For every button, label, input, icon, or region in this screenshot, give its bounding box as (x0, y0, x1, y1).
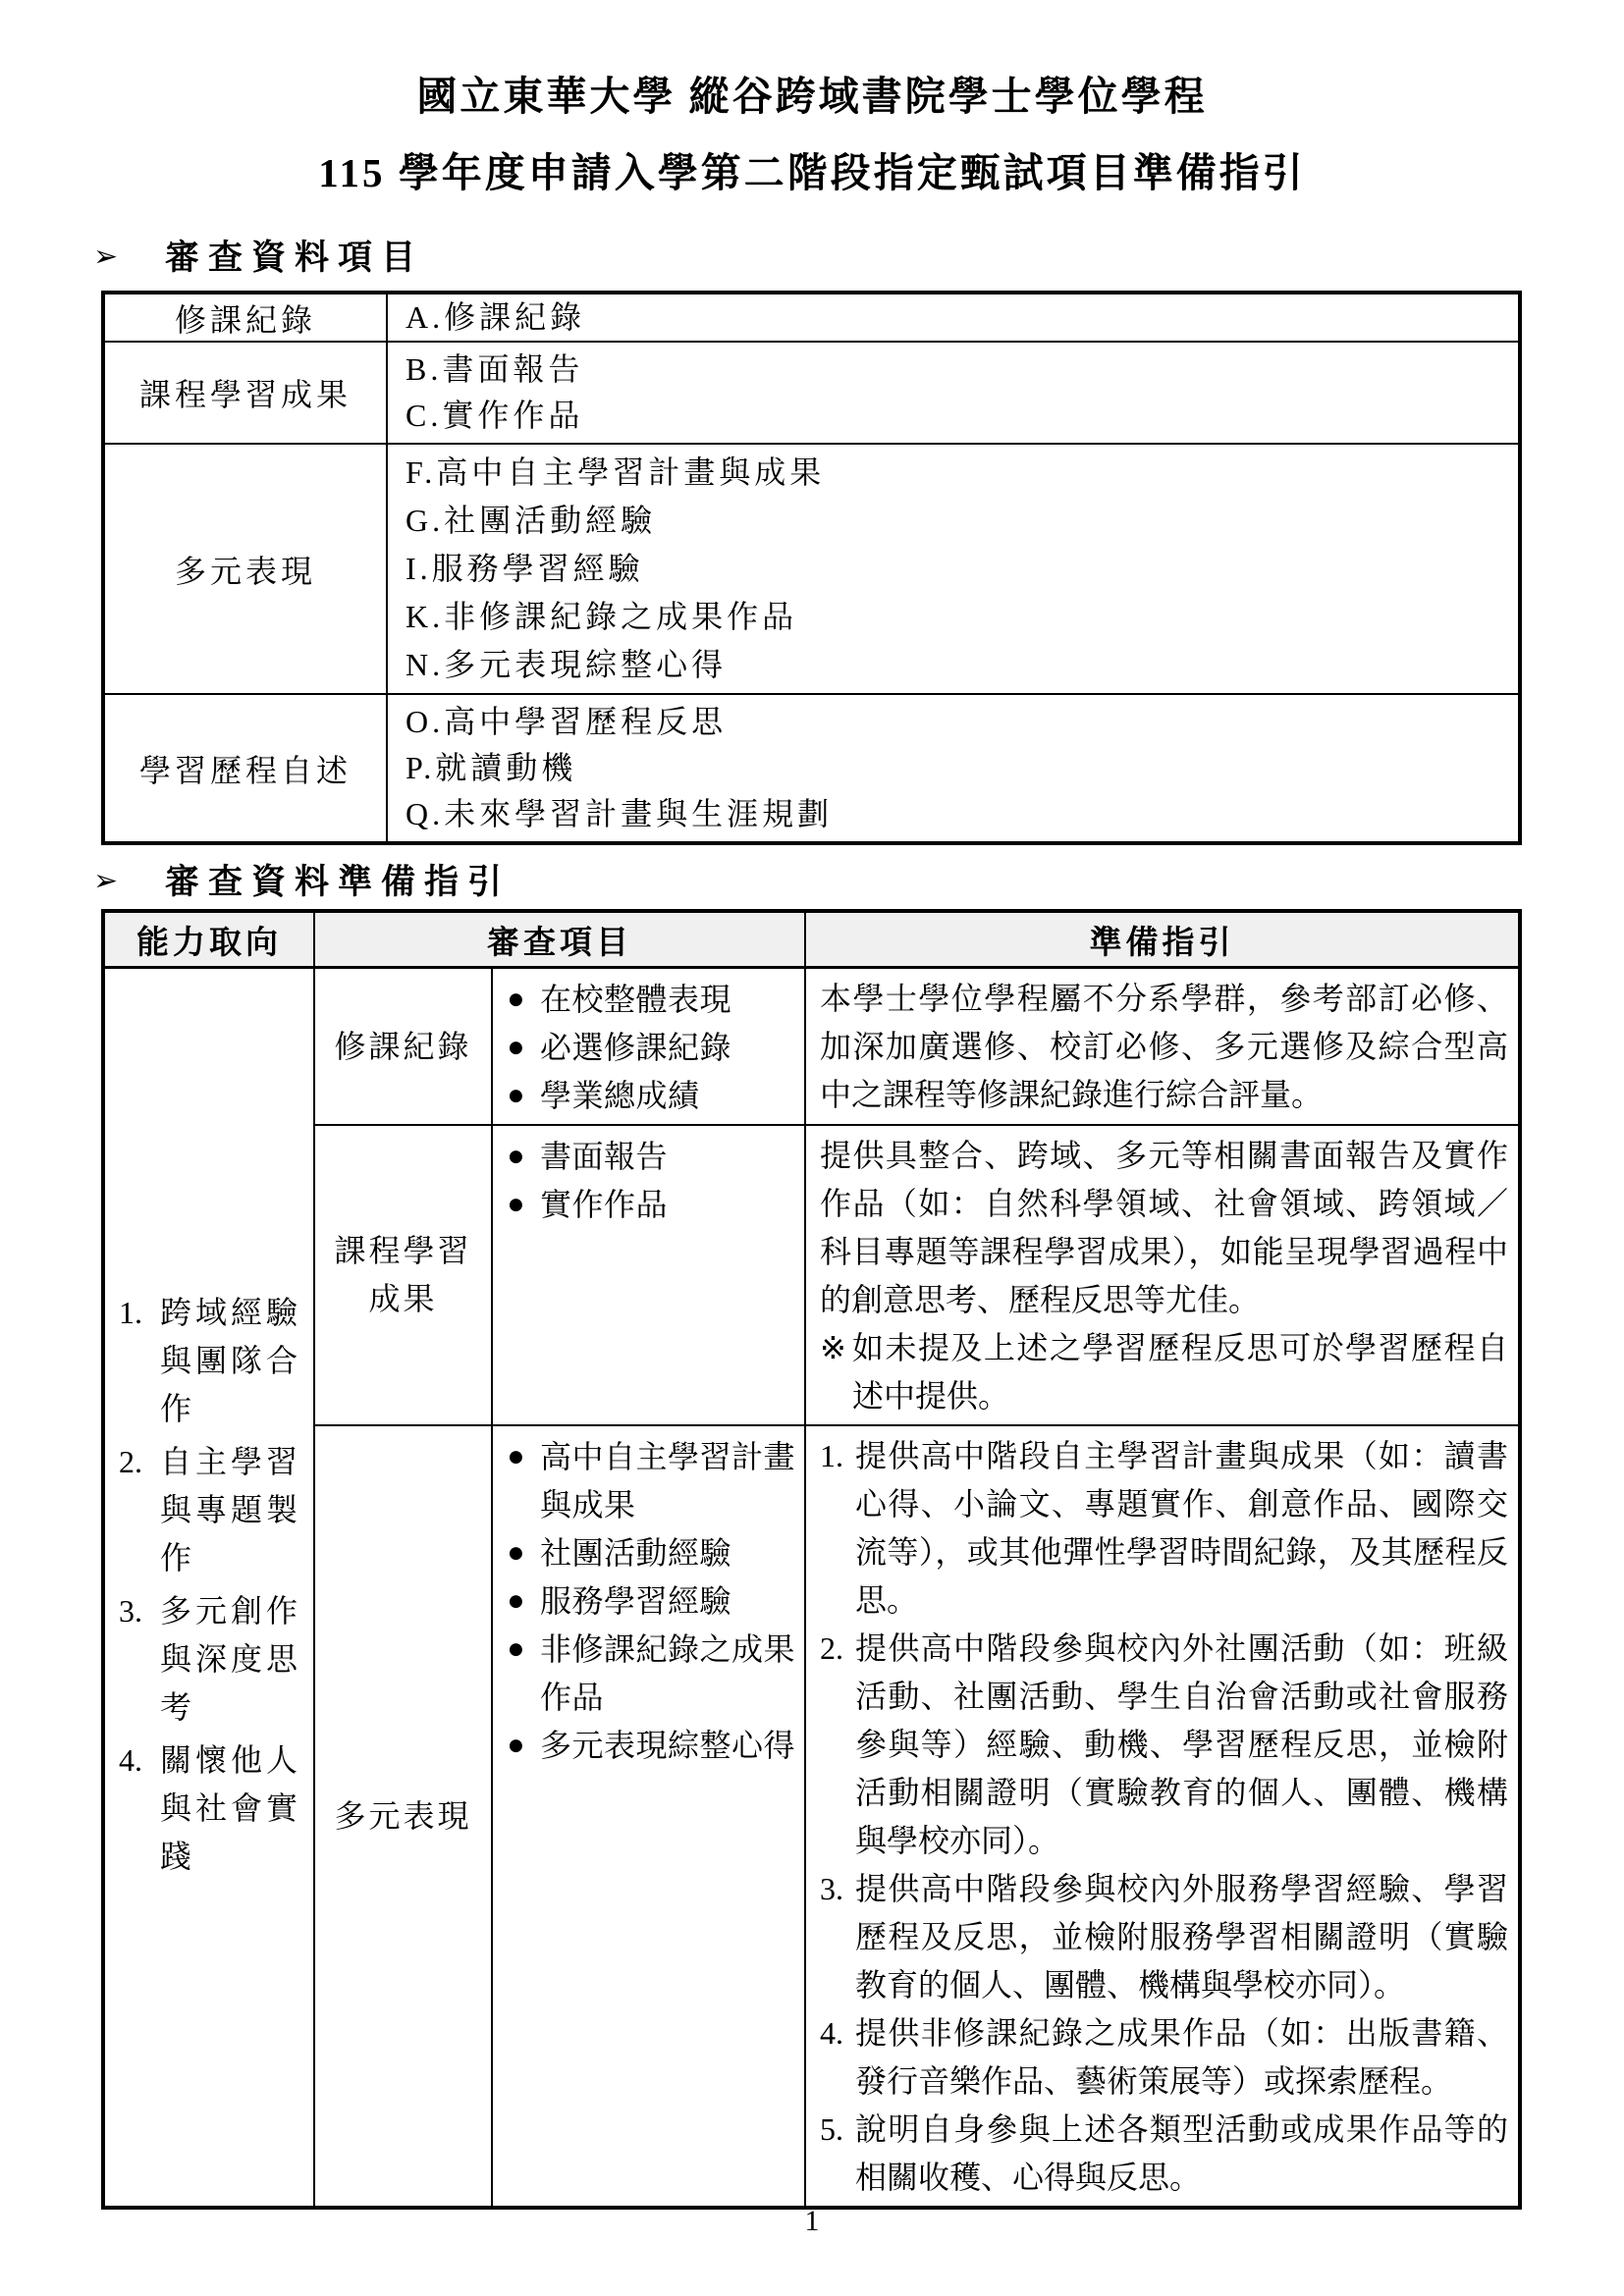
bullet-text: 社團活動經驗 (540, 1535, 731, 1571)
item-number: 1. (820, 1432, 843, 1480)
arrow-bullet-icon: ➢ (93, 864, 118, 898)
guide-item: 提供具整合、跨域、多元等相關書面報告及實作作品（如：自然科學領域、社會領域、跨領… (820, 1132, 1508, 1324)
table-row: 多元表現 F.高中自主學習計畫與成果 G.社團活動經驗 I.服務學習經驗 K.非… (103, 444, 1520, 694)
bullet-icon: ● (509, 1577, 523, 1626)
arrow-bullet-icon: ➢ (93, 240, 118, 274)
guide-item: 4. 提供非修課紀錄之成果作品（如：出版書籍、發行音樂作品、藝術策展等）或探索歷… (820, 2009, 1508, 2106)
category-cell: 學習歷程自述 (103, 694, 387, 843)
bullet-text: 必選修課紀錄 (540, 1030, 731, 1065)
bullet-item: ● 在校整體表現 (507, 976, 800, 1024)
bullet-icon: ● (509, 1181, 523, 1229)
category-cell: 多元表現 (314, 1425, 492, 2208)
bullet-item: ● 非修課紀錄之成果作品 (507, 1626, 800, 1722)
item-number: 5. (820, 2106, 843, 2154)
table-row: 修課紀錄 A.修課紀錄 (103, 293, 1520, 342)
guide-text: 說明自身參與上述各類型活動或成果作品等的相關收穫、心得與反思。 (855, 2111, 1508, 2195)
review-materials-table: 修課紀錄 A.修課紀錄 課程學習成果 B.書面報告 C.實作作品 多元表現 F.… (101, 291, 1522, 845)
guide-text: 提供高中階段參與校內外服務學習經驗、學習歷程及反思，並檢附服務學習相關證明（實驗… (855, 1871, 1508, 2002)
items-cell: F.高中自主學習計畫與成果 G.社團活動經驗 I.服務學習經驗 K.非修課紀錄之… (387, 444, 1520, 694)
bullet-list: ● 在校整體表現 ● 必選修課紀錄 ● 學業總成績 (492, 968, 805, 1126)
item-line: O.高中學習歷程反思 (406, 699, 1512, 745)
table-row: 多元表現 ● 高中自主學習計畫與成果 ● 社團活動經驗 ● 服務學習經驗 ● 非… (103, 1425, 1520, 2208)
ability-item: 1. 跨域經驗與團隊合作 (117, 1289, 309, 1433)
header-cell-guide: 準備指引 (805, 911, 1520, 968)
bullet-icon: ● (509, 1433, 523, 1481)
item-line: F.高中自主學習計畫與成果 (406, 449, 1512, 497)
items-cell: O.高中學習歷程反思 P.就讀動機 Q.未來學習計畫與生涯規劃 (387, 694, 1520, 843)
table-row: 課程學習成果 B.書面報告 C.實作作品 (103, 342, 1520, 444)
table-row: 1. 跨域經驗與團隊合作 2. 自主學習與專題製作 3. 多元創作與深度思考 4… (103, 968, 1520, 1126)
item-line: G.社團活動經驗 (406, 497, 1512, 545)
doc-title-line1: 國立東華大學 縱谷跨域書院學士學位學程 (0, 71, 1624, 122)
category-cell: 修課紀錄 (314, 968, 492, 1126)
guide-text: 提供非修課紀錄之成果作品（如：出版書籍、發行音樂作品、藝術策展等）或探索歷程。 (855, 2015, 1508, 2099)
item-number: 2. (820, 1625, 843, 1673)
item-line: K.非修課紀錄之成果作品 (406, 593, 1512, 641)
bullet-icon: ● (509, 1072, 523, 1120)
bullet-icon: ● (509, 1722, 523, 1770)
bullet-item: ● 社團活動經驗 (507, 1529, 800, 1577)
bullet-text: 實作作品 (540, 1187, 668, 1222)
bullet-text: 在校整體表現 (540, 982, 731, 1017)
section-heading-prep-guide: ➢ 審查資料準備指引 (0, 860, 1624, 907)
page-number: 1 (0, 2205, 1624, 2238)
table-row: 課程學習成果 ● 書面報告 ● 實作作品 提供具整合、跨域、多元等相關書面報告及… (103, 1125, 1520, 1425)
ability-item: 3. 多元創作與深度思考 (117, 1587, 309, 1732)
item-line: A.修課紀錄 (406, 294, 1512, 341)
guide-text: 提供高中階段參與校內外社團活動（如：班級活動、社團活動、學生自治會活動或社會服務… (855, 1630, 1508, 1858)
bullet-icon: ● (509, 1024, 523, 1072)
bullet-item: ● 高中自主學習計畫與成果 (507, 1433, 800, 1529)
ability-text: 自主學習與專題製作 (160, 1444, 301, 1575)
section-heading-review-materials: ➢ 審查資料項目 (0, 236, 1624, 283)
section-heading-text: 審查資料項目 (165, 236, 424, 281)
item-number: 4. (820, 2009, 843, 2057)
header-cell-review-items: 審查項目 (314, 911, 805, 968)
item-line: B.書面報告 (406, 347, 1512, 393)
item-line: C.實作作品 (406, 393, 1512, 439)
category-cell: 修課紀錄 (103, 293, 387, 342)
document-page: { "title": { "line1": "國立東華大學 縱谷跨域書院學士學位… (0, 0, 1624, 2296)
bullet-text: 非修課紀錄之成果作品 (540, 1631, 795, 1715)
ability-text: 多元創作與深度思考 (160, 1593, 301, 1725)
bullet-icon: ● (509, 976, 523, 1024)
guide-item: 2. 提供高中階段參與校內外社團活動（如：班級活動、社團活動、學生自治會活動或社… (820, 1625, 1508, 1865)
bullet-icon: ● (509, 1529, 523, 1577)
prep-guide-table: 能力取向 審查項目 準備指引 1. 跨域經驗與團隊合作 2. 自主學習與專題製作… (101, 909, 1522, 2210)
category-cell: 課程學習成果 (103, 342, 387, 444)
bullet-list: ● 書面報告 ● 實作作品 (492, 1125, 805, 1425)
item-number: 1. (119, 1289, 142, 1337)
item-number: 3. (119, 1587, 142, 1635)
note-marker: ※ (820, 1324, 846, 1372)
ability-item: 2. 自主學習與專題製作 (117, 1438, 309, 1582)
bullet-item: ● 必選修課紀錄 (507, 1024, 800, 1072)
items-cell: B.書面報告 C.實作作品 (387, 342, 1520, 444)
category-cell: 多元表現 (103, 444, 387, 694)
guide-item: 5. 說明自身參與上述各類型活動或成果作品等的相關收穫、心得與反思。 (820, 2106, 1508, 2202)
bullet-item: ● 實作作品 (507, 1181, 800, 1229)
guide-item: 3. 提供高中階段參與校內外服務學習經驗、學習歷程及反思，並檢附服務學習相關證明… (820, 1865, 1508, 2009)
ability-list: 1. 跨域經驗與團隊合作 2. 自主學習與專題製作 3. 多元創作與深度思考 4… (103, 968, 314, 2209)
items-cell: A.修課紀錄 (387, 293, 1520, 342)
ability-text: 跨域經驗與團隊合作 (160, 1295, 301, 1426)
guide-item: 1. 提供高中階段自主學習計畫與成果（如：讀書心得、小論文、專題實作、創意作品、… (820, 1432, 1508, 1625)
bullet-text: 多元表現綜整心得 (540, 1728, 795, 1763)
bullet-list: ● 高中自主學習計畫與成果 ● 社團活動經驗 ● 服務學習經驗 ● 非修課紀錄之… (492, 1425, 805, 2208)
bullet-text: 高中自主學習計畫與成果 (540, 1439, 795, 1522)
bullet-item: ● 多元表現綜整心得 (507, 1722, 800, 1770)
section-heading-text: 審查資料準備指引 (165, 860, 511, 905)
guide-note: ※ 如未提及上述之學習歷程反思可於學習歷程自述中提供。 (820, 1324, 1508, 1420)
category-cell: 課程學習成果 (314, 1125, 492, 1425)
ability-text: 關懷他人與社會實踐 (160, 1742, 301, 1874)
item-number: 2. (119, 1438, 142, 1486)
bullet-text: 書面報告 (540, 1139, 668, 1174)
guide-text: 本學士學位學程屬不分系學群，參考部訂必修、加深加廣選修、校訂必修、多元選修及綜合… (820, 981, 1508, 1112)
bullet-text: 服務學習經驗 (540, 1583, 731, 1619)
header-row: 能力取向 審查項目 準備指引 (103, 911, 1520, 968)
table-row: 學習歷程自述 O.高中學習歷程反思 P.就讀動機 Q.未來學習計畫與生涯規劃 (103, 694, 1520, 843)
item-number: 3. (820, 1865, 843, 1913)
bullet-item: ● 學業總成績 (507, 1072, 800, 1120)
item-line: Q.未來學習計畫與生涯規劃 (406, 791, 1512, 837)
bullet-item: ● 書面報告 (507, 1133, 800, 1181)
guide-cell: 本學士學位學程屬不分系學群，參考部訂必修、加深加廣選修、校訂必修、多元選修及綜合… (805, 968, 1520, 1126)
item-number: 4. (119, 1736, 142, 1785)
guide-text: 提供具整合、跨域、多元等相關書面報告及實作作品（如：自然科學領域、社會領域、跨領… (820, 1138, 1508, 1317)
guide-text: 提供高中階段自主學習計畫與成果（如：讀書心得、小論文、專題實作、創意作品、國際交… (855, 1438, 1508, 1618)
guide-item: 本學士學位學程屬不分系學群，參考部訂必修、加深加廣選修、校訂必修、多元選修及綜合… (820, 975, 1508, 1119)
guide-cell: 提供具整合、跨域、多元等相關書面報告及實作作品（如：自然科學領域、社會領域、跨領… (805, 1125, 1520, 1425)
item-line: I.服務學習經驗 (406, 545, 1512, 593)
bullet-icon: ● (509, 1626, 523, 1674)
ability-item: 4. 關懷他人與社會實踐 (117, 1736, 309, 1881)
bullet-text: 學業總成績 (540, 1078, 700, 1113)
item-line: N.多元表現綜整心得 (406, 641, 1512, 689)
bullet-icon: ● (509, 1133, 523, 1181)
doc-title-line2: 115 學年度申請入學第二階段指定甄試項目準備指引 (0, 147, 1624, 198)
guide-cell: 1. 提供高中階段自主學習計畫與成果（如：讀書心得、小論文、專題實作、創意作品、… (805, 1425, 1520, 2208)
header-cell-ability: 能力取向 (103, 911, 314, 968)
guide-text: 如未提及上述之學習歷程反思可於學習歷程自述中提供。 (852, 1330, 1508, 1414)
item-line: P.就讀動機 (406, 745, 1512, 791)
bullet-item: ● 服務學習經驗 (507, 1577, 800, 1626)
